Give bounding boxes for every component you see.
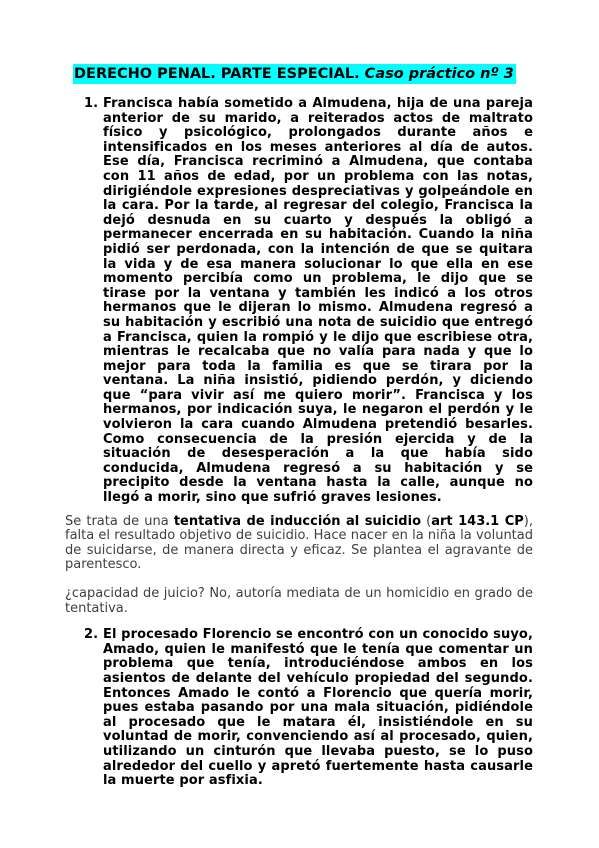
item-2-text: El procesado Florencio se encontró con u… <box>103 627 533 788</box>
item-1-number: 1. <box>84 97 98 112</box>
title-main: DERECHO PENAL. PARTE ESPECIAL. <box>74 66 365 82</box>
item-2-number: 2. <box>84 628 98 643</box>
title-case-number: Caso práctico nº 3 <box>365 66 514 82</box>
item-1-text: Francisca había sometido a Almudena, hij… <box>103 96 533 505</box>
text-run: art 143.1 CP <box>431 514 524 529</box>
text-run: tentativa de inducción al suicidio <box>174 514 421 529</box>
text-run: ( <box>421 514 431 529</box>
document-title: DERECHO PENAL. PARTE ESPECIAL. Caso prác… <box>73 64 533 85</box>
question-paragraph: ¿capacidad de juicio? No, autoría mediat… <box>65 587 533 616</box>
title-highlight: DERECHO PENAL. PARTE ESPECIAL. Caso prác… <box>73 64 516 84</box>
case-item-2: 2. El procesado Florencio se encontró co… <box>65 628 533 789</box>
case-item-1: 1. Francisca había sometido a Almudena, … <box>65 97 533 506</box>
analysis-paragraph: Se trata de una tentativa de inducción a… <box>65 515 533 573</box>
document-page: DERECHO PENAL. PARTE ESPECIAL. Caso prác… <box>0 0 599 848</box>
text-run: Se trata de una <box>65 514 174 529</box>
